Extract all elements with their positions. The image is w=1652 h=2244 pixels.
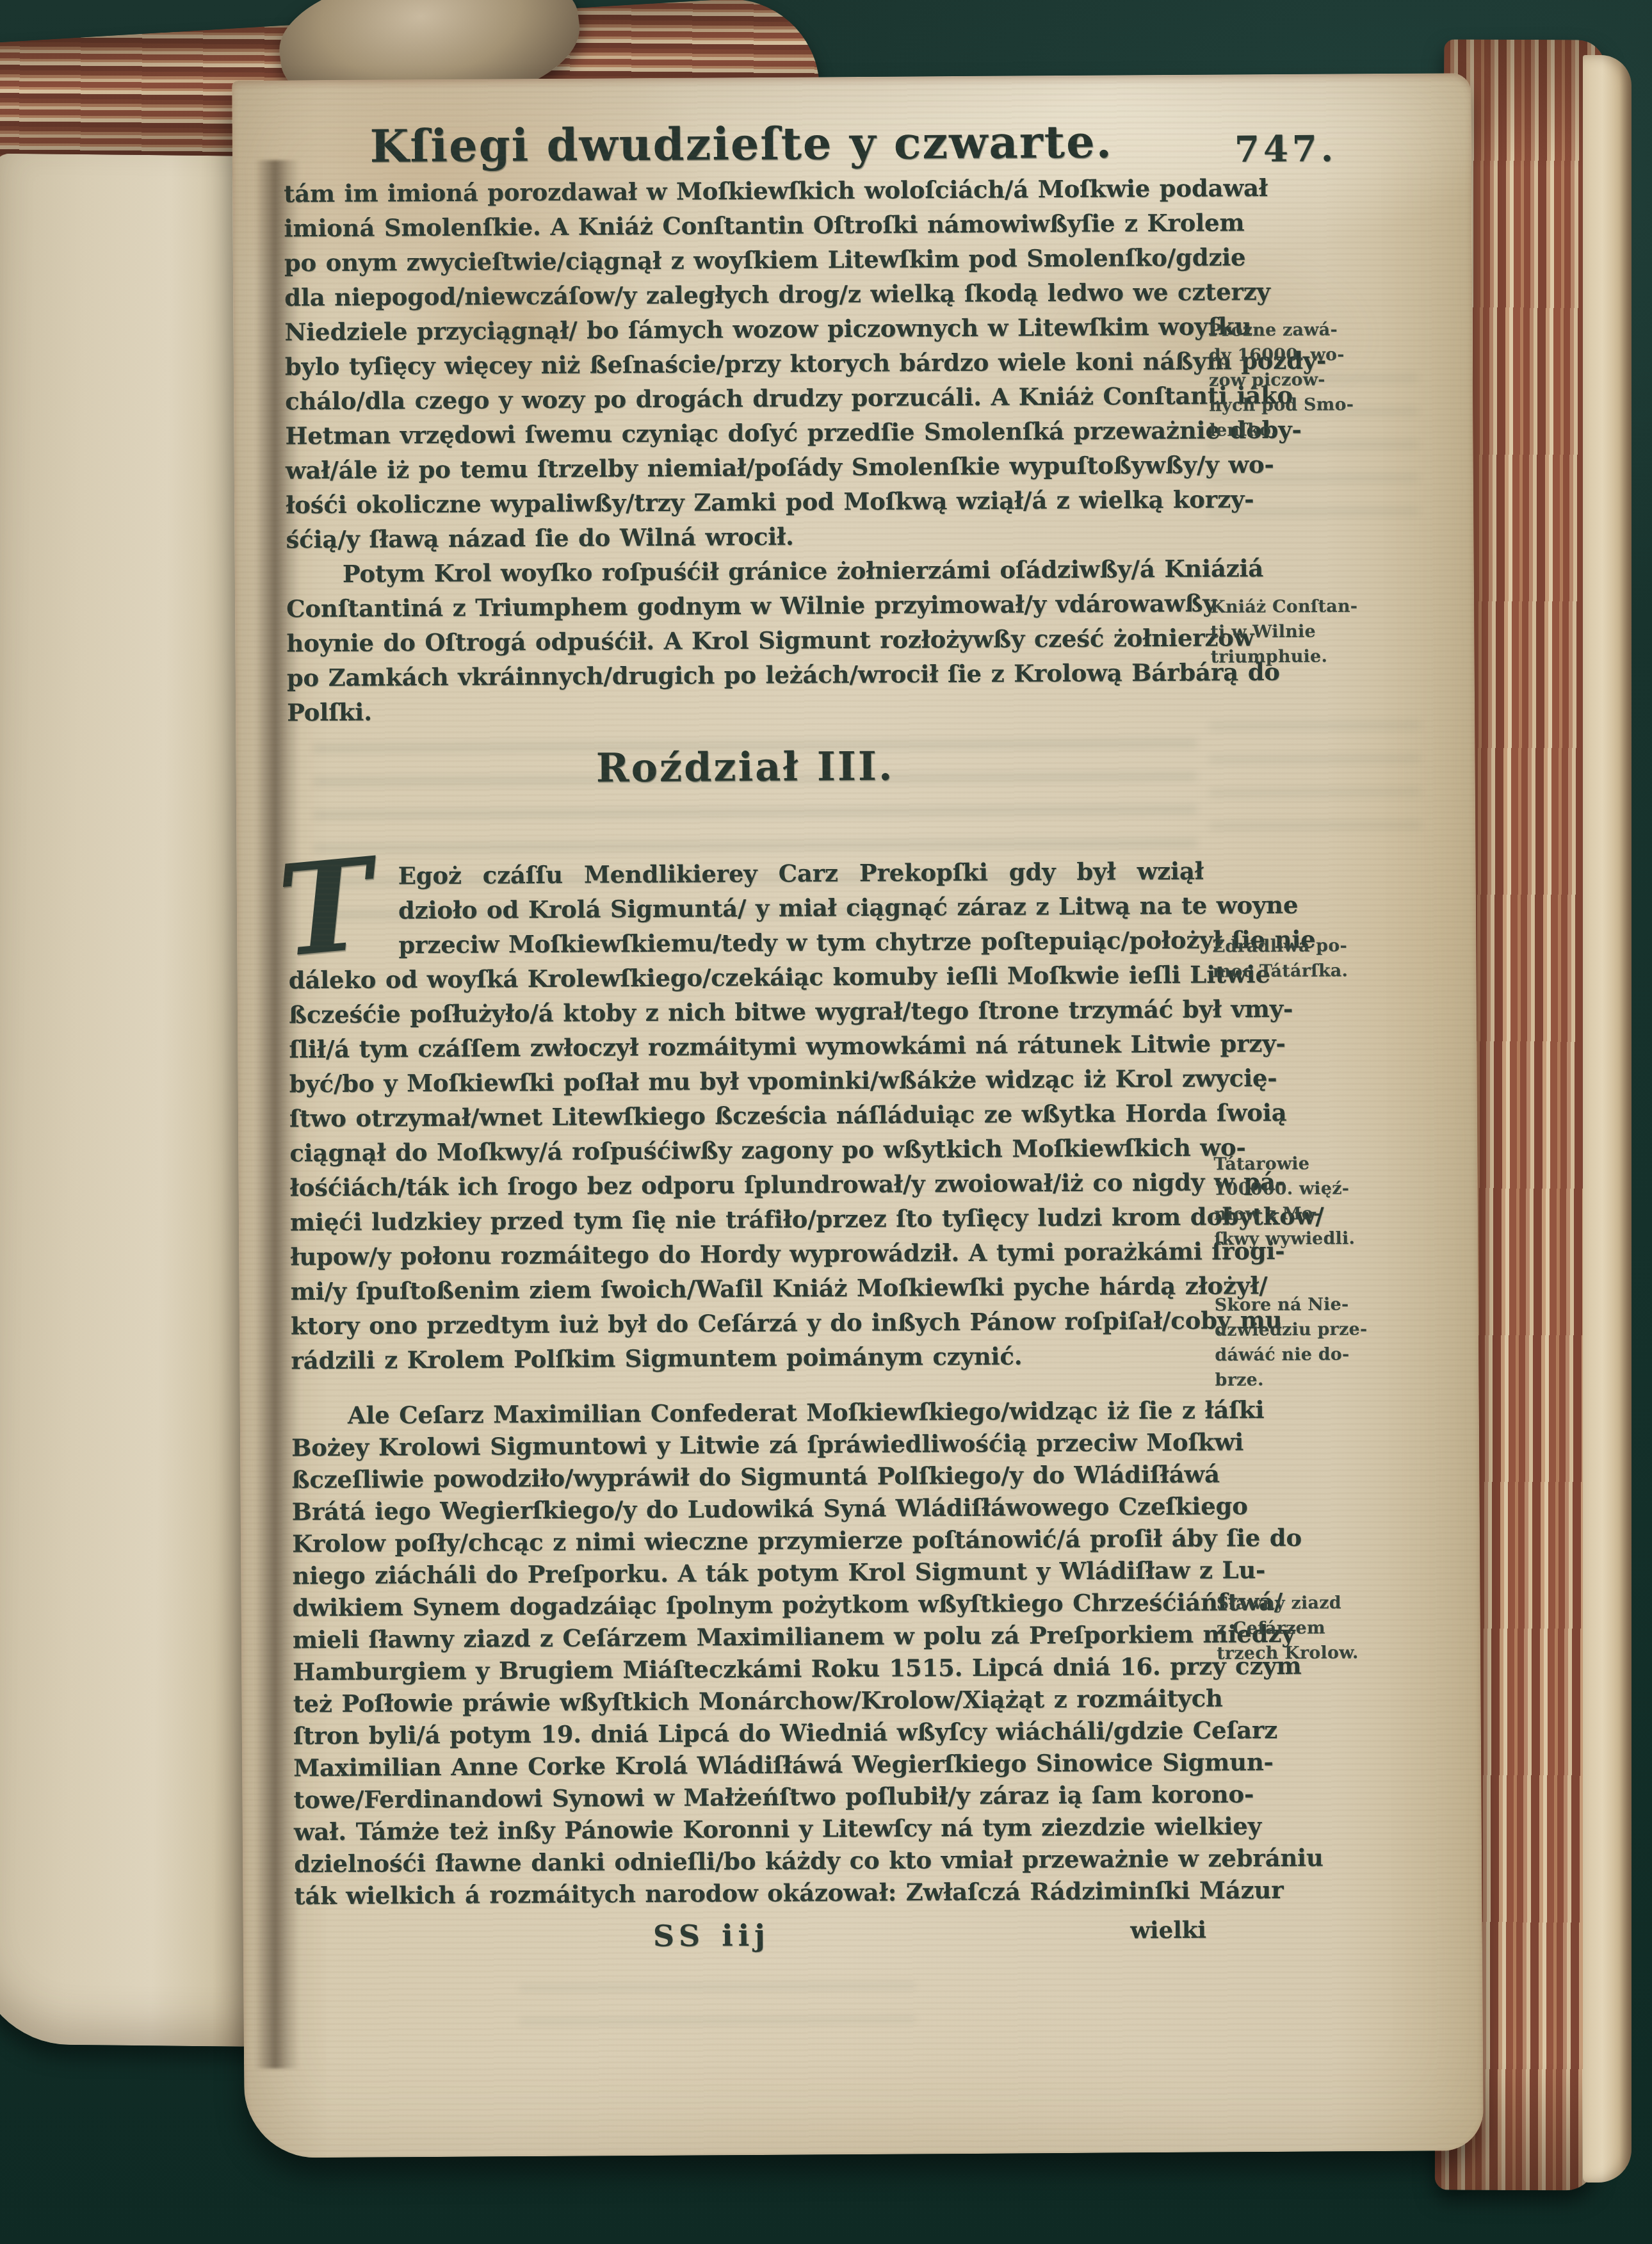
text-line: towe/Ferdinandowi Synowi w Małżeńſtwo po… (293, 1778, 1209, 1816)
margin-note: Sławny ziazdz Ceſárzemtrzech Krolow. (1217, 1589, 1438, 1666)
text-line: Egoż czáſſu Mendlikierey Carz Prekopſki … (398, 854, 1204, 893)
text-line: ſlił/á tym czáſſem zwłoczył rozmáitymi w… (289, 1027, 1204, 1067)
text-line: Conſtantiná z Triumphem godnym w Wilnie … (286, 586, 1202, 626)
margin-note: Tátarowie100000. więź-niow z Mo-ſkwy wyw… (1213, 1150, 1435, 1251)
text-line: dzielnośći ſławne danki odnieſli/bo káżd… (294, 1842, 1210, 1880)
margin-note: Zdrádliwa po-moc Tátárſka. (1212, 933, 1433, 984)
text-line: ták wielkich á rozmáitych narodow okázow… (294, 1874, 1210, 1912)
margin-note-line: niow z Mo- (1214, 1200, 1435, 1226)
text-line: hoynie do Oſtrogá odpuśćił. A Krol Sigmu… (286, 621, 1202, 661)
signature-mark: SS iij (653, 1918, 770, 1953)
margin-note-line: Tátarowie (1213, 1150, 1434, 1176)
text-line: mi/y ſpuſtoßenim ziem ſwoich/Waſil Kniáż… (290, 1269, 1206, 1309)
text-line: niego ziácháli do Preſporku. A ták potym… (292, 1554, 1208, 1592)
margin-note-line: dy 16000. wo- (1209, 342, 1430, 368)
text-line: łośći okoliczne wypaliwßy/trzy Zamki pod… (286, 482, 1201, 523)
text-line: też Poſłowie práwie wßyſtkich Monárchow/… (293, 1682, 1208, 1720)
text-line: ßczeſliwie powodziło/wypráwił do Sigmunt… (291, 1458, 1207, 1496)
text-line: dla niepogod/niewczáſow/y zaległych drog… (284, 275, 1200, 315)
text-line: wał/ále iż po temu ſtrzelby niemiał/poſá… (286, 448, 1201, 488)
margin-note: Prożne zawá-dy 16000. wo-zow piczow-nych… (1208, 317, 1430, 443)
margin-note-line: brze. (1215, 1366, 1436, 1392)
text-line: Polſki. (287, 690, 1203, 730)
gutter-shadow (255, 160, 300, 2069)
text-line: Hetman vrzędowi ſwemu czyniąc doſyć prze… (285, 413, 1201, 453)
margin-note-line: Sławny ziazd (1217, 1589, 1437, 1616)
margin-note-line: 100000. więź- (1214, 1175, 1435, 1201)
text-line: Bożey Krolowi Sigmuntowi y Litwie zá ſpr… (291, 1426, 1207, 1464)
text-line: Hamburgiem y Brugiem Miáſteczkámi Roku 1… (293, 1650, 1208, 1688)
margin-notes: Prożne zawá-dy 16000. wo-zow piczow-nych… (1207, 73, 1450, 2152)
text-line: Potym Krol woyſko roſpuśćił gránice żołn… (286, 551, 1202, 592)
text-line: bylo tyſięcy więcey niż ßeſnaście/przy k… (285, 344, 1201, 384)
ink-showthrough (519, 1972, 916, 2026)
paragraph: T Egoż czáſſu Mendlikierey Carz Prekopſk… (288, 854, 1207, 1378)
margin-note: Kniáż Conſtan-ti w Wilnietriumphuie. (1210, 594, 1432, 670)
margin-note-line: Zdrádliwa po- (1212, 933, 1433, 959)
margin-note-line: ſkwy wywiedli. (1214, 1225, 1435, 1251)
margin-note-line: ti w Wilnie (1210, 619, 1431, 645)
text-line: ktory ono przedtym iuż był do Ceſárzá y … (291, 1303, 1206, 1344)
text-line: tám im imioná porozdawał w Moſkiewſkich … (284, 171, 1199, 211)
text-line: Niedziele przyciągnął/ bo ſámych wozow p… (284, 309, 1200, 350)
margin-note-line: z Ceſárzem (1217, 1614, 1437, 1641)
text-line: śćią/y ſławą názad ſie do Wilná wrocił. (286, 517, 1201, 557)
text-line: dzioło od Krolá Sigmuntá/ y miał ciągnąć… (398, 888, 1204, 928)
text-line: łupow/y połonu rozmáitego do Hordy wypro… (290, 1234, 1206, 1274)
paragraph: tám im imioná porozdawał w Moſkiewſkich … (284, 171, 1203, 730)
margin-note-line: lenſko. (1209, 417, 1430, 443)
text-line: Brátá iego Wegierſkiego/y do Ludowiká Sy… (292, 1490, 1208, 1528)
text-line: chálo/dla czego y wozy po drogách drudzy… (285, 378, 1201, 419)
text-line: mięći ludzkiey przed tym ſię nie tráfiło… (290, 1199, 1206, 1240)
text-line: ſtron byli/á potym 19. dniá Lipcá do Wie… (293, 1714, 1209, 1752)
text-line: wał. Támże też inßy Pánowie Koronni y Li… (294, 1810, 1210, 1848)
running-header: Kſiegi dwudzieſte y czwarte. (283, 115, 1199, 174)
margin-note-line: Prożne zawá- (1208, 317, 1429, 343)
chapter-heading: Roździał III. (287, 724, 1203, 826)
margin-note-line: dáwáć nie do- (1215, 1341, 1436, 1367)
catchword: wielki (1130, 1917, 1206, 1944)
body-text-column: tám im imioná porozdawał w Moſkiewſkich … (284, 171, 1210, 1960)
text-line: rádzili z Krolem Polſkim Sigmuntem poimá… (291, 1338, 1206, 1378)
paragraph: Ale Ceſarz Maximilian Confederat Moſkiew… (291, 1394, 1210, 1912)
margin-note-line: Kniáż Conſtan- (1210, 594, 1431, 620)
text-line: Ale Ceſarz Maximilian Confederat Moſkiew… (291, 1394, 1207, 1432)
footer-row: SS iij wielki (295, 1915, 1210, 1960)
margin-note-line: trzech Krolow. (1217, 1639, 1437, 1666)
margin-note-line: Skore ná Nie- (1215, 1291, 1436, 1317)
text-line: ßcześćie poſłużyło/á ktoby z nich bitwe … (289, 992, 1204, 1032)
outer-page-edge (1583, 55, 1632, 2183)
text-line: ſtwo otrzymał/wnet Litewſkiego ßcześcia … (289, 1096, 1205, 1136)
margin-note-line: triumphuie. (1211, 644, 1432, 670)
text-line: imioná Smolenſkie. A Kniáż Conſtantin Oſ… (284, 206, 1199, 246)
margin-note-line: zow piczow- (1209, 367, 1430, 393)
text-line: Krolow poſły/chcąc z nimi wieczne przymi… (292, 1522, 1208, 1560)
text-line: dwikiem Synem dogadzáiąc ſpolnym pożytko… (293, 1586, 1208, 1624)
text-line: przeciw Moſkiewſkiemu/tedy w tym chytrze… (398, 923, 1204, 963)
margin-note: Skore ná Nie-dzwiedziu prze-dáwáć nie do… (1215, 1291, 1436, 1392)
text-line: łośćiách/ták ich ſrogo bez odporu ſplund… (290, 1165, 1206, 1205)
text-line: po Zamkách vkráinnych/drugich po leżách/… (287, 655, 1203, 695)
text-line: dáleko od woyſká Krolewſkiego/czekáiąc k… (289, 957, 1204, 998)
text-line: być/bo y Moſkiewſki poſłał mu był vpomin… (289, 1061, 1205, 1102)
margin-note-line: moc Tátárſka. (1213, 958, 1434, 984)
text-line: ciągnął do Moſkwy/á roſpuśćiwßy zagony p… (289, 1130, 1205, 1171)
text-line: Maximilian Anne Corke Krolá Wládiſłáwá W… (293, 1746, 1209, 1784)
book-page: Kſiegi dwudzieſte y czwarte. 747. tám im… (232, 73, 1484, 2158)
margin-note-line: dzwiedziu prze- (1215, 1316, 1436, 1342)
text-line: po onym zwycieſtwie/ciągnął z woyſkiem L… (284, 240, 1200, 280)
margin-note-line: nych pod Smo- (1209, 392, 1430, 418)
text-line: mieli ſławny ziazd z Ceſárzem Maximilian… (293, 1618, 1208, 1656)
